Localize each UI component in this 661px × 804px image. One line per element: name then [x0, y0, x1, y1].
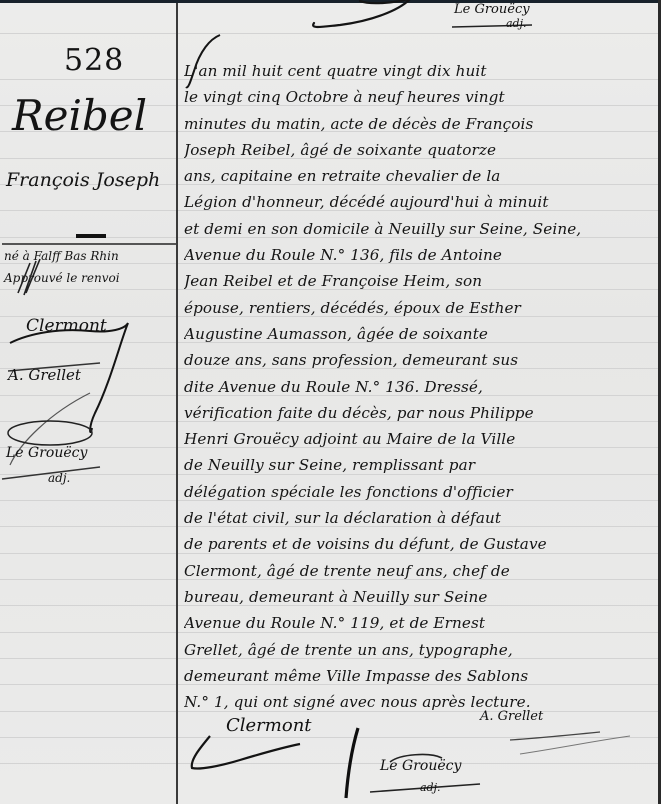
- margin-signature-grellet: A. Grellet: [8, 366, 81, 384]
- top-signature-mayor: Le Grouëcy: [454, 2, 530, 17]
- ruled-line: [0, 763, 658, 764]
- body-line: de Neuilly sur Seine, remplissant par: [184, 452, 654, 478]
- margin-note-birthplace: né à Falff Bas Rhin: [4, 249, 119, 263]
- margin-signature-clermont: Clermont: [26, 316, 107, 336]
- body-line: Légion d'honneur, décédé aujourd'hui à m…: [184, 189, 654, 215]
- record-body: L'an mil huit cent quatre vingt dix huit…: [184, 58, 654, 715]
- body-line: délégation spéciale les fonctions d'offi…: [184, 479, 654, 505]
- body-line: Clermont, âgé de trente neuf ans, chef d…: [184, 558, 654, 584]
- body-line: Jean Reibel et de Françoise Heim, son: [184, 268, 654, 294]
- margin-surname: Reibel: [12, 91, 147, 140]
- margin-signature-grouecy: Le Grouëcy: [6, 445, 87, 461]
- body-line: dite Avenue du Roule N.° 136. Dressé,: [184, 374, 654, 400]
- document-viewer: Le Grouëcy adj. 528 Reibel François Jose…: [0, 0, 661, 804]
- body-line: Avenue du Roule N.° 119, et de Ernest: [184, 610, 654, 636]
- body-line: N.° 1, qui ont signé avec nous après lec…: [184, 689, 654, 715]
- margin-signature-adj: adj.: [48, 471, 70, 485]
- body-line: L'an mil huit cent quatre vingt dix huit: [184, 58, 654, 84]
- entry-number: 528: [64, 43, 124, 78]
- body-line: et demi en son domicile à Neuilly sur Se…: [184, 216, 654, 242]
- top-signature-flourish: [300, 0, 450, 47]
- body-line: Joseph Reibel, âgé de soixante quatorze: [184, 137, 654, 163]
- top-signature-adj: adj.: [506, 17, 527, 30]
- body-line: bureau, demeurant à Neuilly sur Seine: [184, 584, 654, 610]
- ruled-line: [0, 737, 658, 738]
- bottom-signature-adj: adj.: [420, 781, 441, 794]
- ruled-line: [0, 33, 658, 34]
- body-line: Augustine Aumasson, âgée de soixante: [184, 321, 654, 347]
- margin-divider-line: [176, 3, 178, 804]
- body-line: de parents et de voisins du défunt, de G…: [184, 531, 654, 557]
- body-line: minutes du matin, acte de décès de Franç…: [184, 111, 654, 137]
- margin-signatures-flourish: [0, 253, 176, 473]
- bottom-signature-grellet: A. Grellet: [480, 709, 543, 724]
- margin-dash-mark: [76, 234, 106, 238]
- bottom-signature-clermont: Clermont: [226, 715, 312, 736]
- body-line: de l'état civil, sur la déclaration à dé…: [184, 505, 654, 531]
- margin-separator-line: [2, 243, 176, 245]
- body-line: vérification faite du décès, par nous Ph…: [184, 400, 654, 426]
- margin-given-names: François Joseph: [6, 169, 160, 191]
- body-line: Avenue du Roule N.° 136, fils de Antoine: [184, 242, 654, 268]
- bottom-signature-grouecy: Le Grouëcy: [380, 758, 461, 774]
- body-line: demeurant même Ville Impasse des Sablons: [184, 663, 654, 689]
- body-line: ans, capitaine en retraite chevalier de …: [184, 163, 654, 189]
- body-line: douze ans, sans profession, demeurant su…: [184, 347, 654, 373]
- margin-note-approved: Approuvé le renvoi: [4, 271, 120, 285]
- body-line: épouse, rentiers, décédés, époux de Esth…: [184, 295, 654, 321]
- body-line: le vingt cinq Octobre à neuf heures ving…: [184, 84, 654, 110]
- body-line: Henri Grouëcy adjoint au Maire de la Vil…: [184, 426, 654, 452]
- body-line: Grellet, âgé de trente un ans, typograph…: [184, 637, 654, 663]
- scanned-register-page: Le Grouëcy adj. 528 Reibel François Jose…: [0, 3, 658, 804]
